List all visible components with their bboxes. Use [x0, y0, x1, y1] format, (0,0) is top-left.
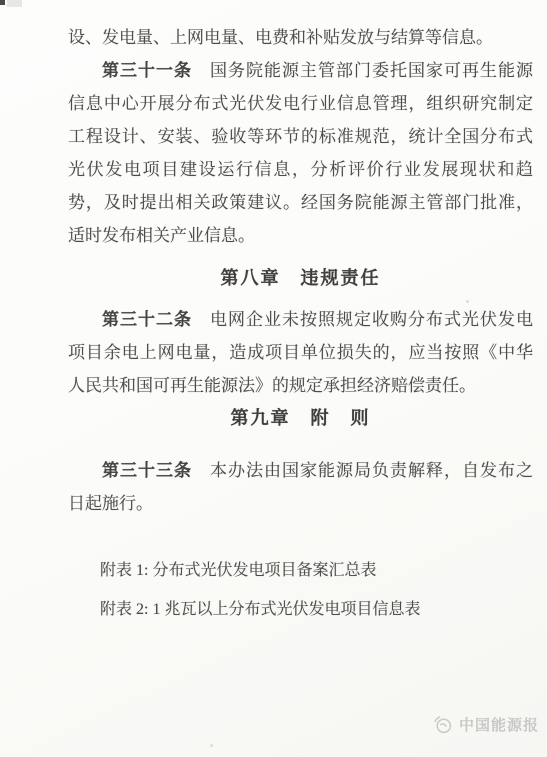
article-32-number: 第三十二条	[102, 310, 192, 329]
article-33-text: 本办法由国家能源局负责解释，自发布之	[192, 461, 533, 480]
scanned-document-page: 设、发电量、上网电量、电费和补贴发放与结算等信息。 第三十一条 国务院能源主管部…	[0, 0, 547, 757]
scan-corner-artifact-dark	[0, 0, 5, 5]
chapter-8-heading: 第八章 违规责任	[68, 262, 533, 295]
body-line: 适时发布相关产业信息。	[68, 219, 533, 252]
body-line: 设、发电量、上网电量、电费和补贴发放与结算等信息。	[68, 21, 533, 54]
body-line: 日起施行。	[68, 487, 533, 520]
article-33-number: 第三十三条	[102, 461, 192, 480]
article-32-text: 电网企业未按照规定收购分布式光伏发电	[192, 310, 533, 329]
scan-speck	[210, 744, 213, 747]
appendix-table-1-line: 附表 1: 分布式光伏发电项目备案汇总表	[68, 551, 533, 590]
publisher-name: 中国能源报	[459, 714, 539, 735]
china-energy-news-logo-icon	[432, 714, 453, 735]
publisher-watermark: 中国能源报	[432, 714, 539, 735]
body-line: 信息中心开展分布式光伏发电行业信息管理，组织研究制定	[68, 87, 533, 120]
article-32-line: 第三十二条 电网企业未按照规定收购分布式光伏发电	[68, 303, 533, 336]
body-line: 工程设计、安装、验收等环节的标准规范，统计全国分布式	[68, 120, 533, 153]
article-31-line: 第三十一条 国务院能源主管部门委托国家可再生能源	[68, 54, 533, 87]
body-line: 光伏发电项目建设运行信息，分析评价行业发展现状和趋	[68, 153, 533, 186]
article-31-number: 第三十一条	[102, 61, 192, 80]
text-column: 设、发电量、上网电量、电费和补贴发放与结算等信息。 第三十一条 国务院能源主管部…	[68, 0, 533, 629]
body-line: 势，及时提出相关政策建议。经国务院能源主管部门批准，	[68, 186, 533, 219]
body-line: 人民共和国可再生能源法》的规定承担经济赔偿责任。	[68, 369, 533, 402]
body-line: 项目余电上网电量，造成项目单位损失的，应当按照《中华	[68, 336, 533, 369]
chapter-9-heading: 第九章 附 则	[68, 402, 533, 435]
article-33-line: 第三十三条 本办法由国家能源局负责解释，自发布之	[68, 454, 533, 487]
scan-corner-artifact-light	[7, 0, 22, 7]
article-31-text: 国务院能源主管部门委托国家可再生能源	[192, 61, 533, 80]
appendix-table-2-line: 附表 2: 1 兆瓦以上分布式光伏发电项目信息表	[68, 590, 533, 629]
